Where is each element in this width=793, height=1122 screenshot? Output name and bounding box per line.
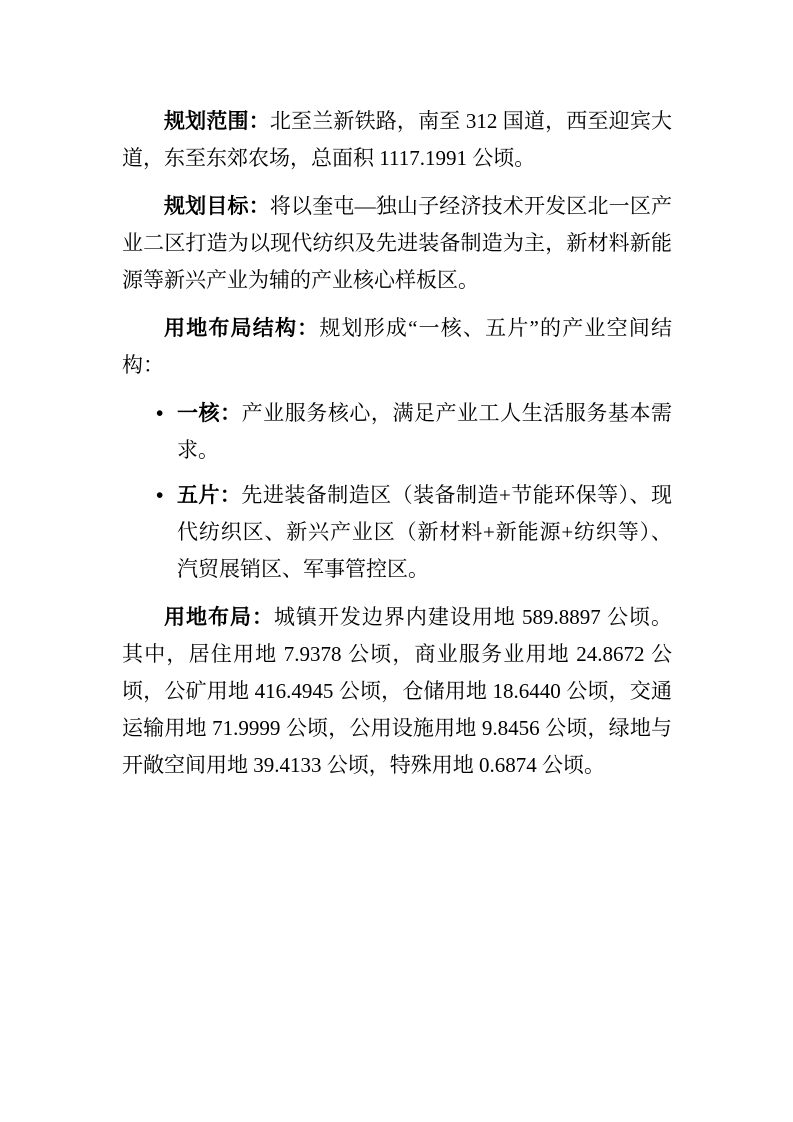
paragraph-land-layout: 用地布局：城镇开发边界内建设用地 589.8897 公顷。其中，居住用地 7.9…: [122, 599, 672, 784]
paragraph-planning-scope: 规划范围：北至兰新铁路，南至 312 国道，西至迎宾大道，东至东郊农场，总面积 …: [122, 103, 672, 177]
document-page: 规划范围：北至兰新铁路，南至 312 国道，西至迎宾大道，东至东郊农场，总面积 …: [0, 0, 793, 1122]
bullet-item-core: •一核：产业服务核心，满足产业工人生活服务基本需求。: [177, 395, 672, 469]
bullet-text: 产业服务核心，满足产业工人生活服务基本需求。: [177, 401, 672, 462]
bullet-icon: •: [156, 477, 163, 514]
bullet-list: •一核：产业服务核心，满足产业工人生活服务基本需求。 •五片：先进装备制造区（装…: [122, 395, 672, 588]
paragraph-label: 规划范围：: [164, 109, 270, 133]
paragraph-planning-goal: 规划目标：将以奎屯—独山子经济技术开发区北一区产业二区打造为以现代纺织及先进装备…: [122, 188, 672, 299]
paragraph-label: 用地布局：: [164, 605, 274, 629]
bullet-icon: •: [156, 395, 163, 432]
bullet-label: 五片：: [177, 483, 241, 507]
paragraph-land-layout-structure: 用地布局结构：规划形成“一核、五片”的产业空间结构：: [122, 310, 672, 384]
paragraph-label: 用地布局结构：: [164, 316, 319, 340]
paragraph-text: 城镇开发边界内建设用地 589.8897 公顷。其中，居住用地 7.9378 公…: [122, 605, 672, 777]
bullet-text: 先进装备制造区（装备制造+节能环保等）、现代纺织区、新兴产业区（新材料+新能源+…: [177, 483, 672, 581]
bullet-label: 一核：: [177, 401, 242, 425]
bullet-item-five-areas: •五片：先进装备制造区（装备制造+节能环保等）、现代纺织区、新兴产业区（新材料+…: [177, 477, 672, 588]
paragraph-label: 规划目标：: [164, 194, 270, 218]
